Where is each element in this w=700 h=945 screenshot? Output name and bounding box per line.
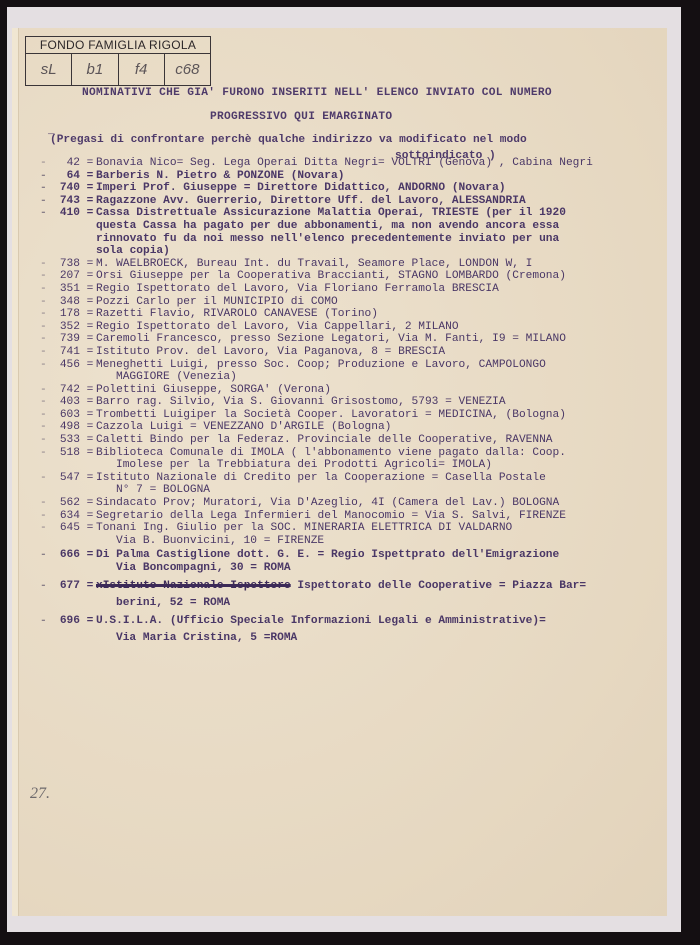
check-mark-icon: ‐ bbox=[40, 157, 48, 170]
list-item: ‐348=Pozzi Carlo per il MUNICIPIO di COM… bbox=[40, 296, 670, 309]
check-mark-icon: ‐ bbox=[40, 409, 48, 422]
list-item: ‐178=Razetti Flavio, RIVAROLO CANAVESE (… bbox=[40, 308, 670, 321]
entry-number: 352 bbox=[48, 321, 84, 334]
entry-text: Meneghetti Luigi, presso Soc. Coop; Prod… bbox=[96, 359, 670, 372]
separator: = bbox=[84, 396, 96, 409]
spacer bbox=[84, 484, 96, 497]
stamp-cell-fascicolo: f4 bbox=[119, 54, 165, 85]
list-item: ‐677=xIstituto Nazionale Ispettore Ispet… bbox=[40, 580, 670, 593]
entry-number: 410 bbox=[48, 207, 84, 220]
heading-line-2: PROGRESSIVO QUI EMARGINATO bbox=[210, 111, 392, 124]
separator: = bbox=[84, 333, 96, 346]
entry-number: 403 bbox=[48, 396, 84, 409]
spacer bbox=[48, 371, 84, 384]
check-mark-icon: ‐ bbox=[40, 510, 48, 523]
entry-number: 603 bbox=[48, 409, 84, 422]
entry-text: Istituto Prov. del Lavoro, Via Paganova,… bbox=[96, 346, 670, 359]
list-item: ‐533=Caletti Bindo per la Federaz. Provi… bbox=[40, 434, 670, 447]
separator: = bbox=[84, 157, 96, 170]
entry-text: Sindacato Prov; Muratori, Via D'Azeglio,… bbox=[96, 497, 670, 510]
separator: = bbox=[84, 421, 96, 434]
list-item-continuation: Via B. Buonvicini, 10 = FIRENZE bbox=[40, 535, 670, 548]
entry-number: 64 bbox=[48, 170, 84, 183]
check-mark-icon: ‐ bbox=[40, 549, 48, 562]
entry-number: 547 bbox=[48, 472, 84, 485]
entry-number: 666 bbox=[48, 549, 84, 562]
list-item-continuation: Via Boncompagni, 30 = ROMA bbox=[40, 562, 670, 575]
check-mark-icon: ‐ bbox=[40, 296, 48, 309]
entry-text: Imperi Prof. Giuseppe = Direttore Didatt… bbox=[96, 182, 670, 195]
stamp-cell-series: sL bbox=[26, 54, 72, 85]
struck-through-text: xIstituto Nazionale Ispettore bbox=[96, 580, 291, 592]
separator: = bbox=[84, 270, 96, 283]
list-item: ‐603=Trombetti Luigiper la Società Coope… bbox=[40, 409, 670, 422]
check-mark-icon: ‐ bbox=[40, 207, 48, 220]
entry-number: 634 bbox=[48, 510, 84, 523]
check-mark-icon: ‐ bbox=[40, 580, 48, 593]
separator: = bbox=[84, 472, 96, 485]
list-item: ‐352=Regio Ispettorato del Lavoro, Via C… bbox=[40, 321, 670, 334]
separator: = bbox=[84, 283, 96, 296]
separator: = bbox=[84, 497, 96, 510]
check-mark-icon: ‐ bbox=[40, 258, 48, 271]
list-item: ‐403=Barro rag. Silvio, Via S. Giovanni … bbox=[40, 396, 670, 409]
spacer bbox=[48, 484, 84, 497]
spacer bbox=[48, 597, 84, 610]
entry-text: Barberis N. Pietro & PONZONE (Novara) bbox=[96, 170, 670, 183]
spacer bbox=[48, 233, 84, 246]
spacer bbox=[40, 371, 48, 384]
entry-number: 533 bbox=[48, 434, 84, 447]
stamp-title: FONDO FAMIGLIA RIGOLA bbox=[26, 37, 210, 54]
entry-text: Pozzi Carlo per il MUNICIPIO di COMO bbox=[96, 296, 670, 309]
spacer bbox=[40, 535, 48, 548]
entry-text: sola copia) bbox=[96, 245, 670, 258]
entry-text: Via Boncompagni, 30 = ROMA bbox=[96, 562, 670, 575]
entry-list: ‐42=Bonavia Nico= Seg. Lega Operai Ditta… bbox=[40, 157, 670, 645]
check-mark-icon: ‐ bbox=[40, 346, 48, 359]
spacer bbox=[84, 597, 96, 610]
list-item: ‐696=U.S.I.L.A. (Ufficio Speciale Inform… bbox=[40, 615, 670, 628]
separator: = bbox=[84, 434, 96, 447]
check-mark-icon: ‐ bbox=[40, 283, 48, 296]
entry-number: 518 bbox=[48, 447, 84, 460]
list-item: ‐456=Meneghetti Luigi, presso Soc. Coop;… bbox=[40, 359, 670, 372]
list-item: ‐207=Orsi Giuseppe per la Cooperativa Br… bbox=[40, 270, 670, 283]
entry-text: Trombetti Luigiper la Società Cooper. La… bbox=[96, 409, 670, 422]
list-item: ‐634=Segretario della Lega Infermieri de… bbox=[40, 510, 670, 523]
check-mark-icon: ‐ bbox=[40, 321, 48, 334]
check-mark-icon: ‐ bbox=[40, 384, 48, 397]
entry-text: MAGGIORE (Venezia) bbox=[96, 371, 670, 384]
entry-text: Biblioteca Comunale di IMOLA ( l'abbonam… bbox=[96, 447, 670, 460]
check-mark-icon: ‐ bbox=[40, 447, 48, 460]
entry-text: Via B. Buonvicini, 10 = FIRENZE bbox=[96, 535, 670, 548]
note-line-1: (Pregasi di confrontare perchè qualche i… bbox=[50, 134, 527, 147]
check-mark-icon: ‐ bbox=[40, 270, 48, 283]
check-mark-icon: ‐ bbox=[40, 195, 48, 208]
entry-text-remainder: Ispettorato delle Cooperative = Piazza B… bbox=[297, 580, 586, 592]
spacer bbox=[40, 562, 48, 575]
spacer bbox=[48, 632, 84, 645]
list-item: ‐410=Cassa Distrettuale Assicurazione Ma… bbox=[40, 207, 670, 220]
spacer bbox=[84, 245, 96, 258]
entry-text: Di Palma Castiglione dott. G. E. = Regio… bbox=[96, 549, 670, 562]
entry-text: Imolese per la Trebbiatura dei Prodotti … bbox=[96, 459, 670, 472]
entry-text: Orsi Giuseppe per la Cooperativa Braccia… bbox=[96, 270, 670, 283]
separator: = bbox=[84, 359, 96, 372]
list-item: ‐743=Ragazzone Avv. Guerrerio, Direttore… bbox=[40, 195, 670, 208]
list-item: ‐498=Cazzola Luigi = VENEZZANO D'ARGILE … bbox=[40, 421, 670, 434]
entry-number: 42 bbox=[48, 157, 84, 170]
entry-text: M. WAELBROECK, Bureau Int. du Travail, S… bbox=[96, 258, 670, 271]
list-item: ‐518=Biblioteca Comunale di IMOLA ( l'ab… bbox=[40, 447, 670, 460]
entry-number: 562 bbox=[48, 497, 84, 510]
entry-number: 739 bbox=[48, 333, 84, 346]
entry-text: Caletti Bindo per la Federaz. Provincial… bbox=[96, 434, 670, 447]
list-item-continuation: sola copia) bbox=[40, 245, 670, 258]
list-item: ‐547=Istituto Nazionale di Credito per l… bbox=[40, 472, 670, 485]
entry-number: 696 bbox=[48, 615, 84, 628]
spacer bbox=[48, 535, 84, 548]
spacer bbox=[40, 220, 48, 233]
separator: = bbox=[84, 296, 96, 309]
stamp-cell-busta: b1 bbox=[72, 54, 118, 85]
stamp-cells: sL b1 f4 c68 bbox=[26, 54, 210, 85]
separator: = bbox=[84, 615, 96, 628]
separator: = bbox=[84, 409, 96, 422]
check-mark-icon: ‐ bbox=[40, 396, 48, 409]
check-mark-icon: ‐ bbox=[40, 359, 48, 372]
list-item: ‐739=Caremoli Francesco, presso Sezione … bbox=[40, 333, 670, 346]
spacer bbox=[40, 484, 48, 497]
entry-number: 743 bbox=[48, 195, 84, 208]
spacer bbox=[84, 371, 96, 384]
spacer bbox=[84, 632, 96, 645]
list-item: ‐740=Imperi Prof. Giuseppe = Direttore D… bbox=[40, 182, 670, 195]
entry-number: 738 bbox=[48, 258, 84, 271]
entry-number: 178 bbox=[48, 308, 84, 321]
list-item: ‐741=Istituto Prov. del Lavoro, Via Paga… bbox=[40, 346, 670, 359]
list-item-continuation: MAGGIORE (Venezia) bbox=[40, 371, 670, 384]
entry-text: Bonavia Nico= Seg. Lega Operai Ditta Neg… bbox=[96, 157, 670, 170]
list-item-continuation: rinnovato fu da noi messo nell'elenco pr… bbox=[40, 233, 670, 246]
separator: = bbox=[84, 170, 96, 183]
entry-number: 498 bbox=[48, 421, 84, 434]
entry-text: Barro rag. Silvio, Via S. Giovanni Griso… bbox=[96, 396, 670, 409]
spacer bbox=[40, 597, 48, 610]
spacer bbox=[40, 245, 48, 258]
check-mark-icon: ‐ bbox=[40, 434, 48, 447]
archive-stamp: FONDO FAMIGLIA RIGOLA sL b1 f4 c68 bbox=[25, 36, 211, 86]
entry-text: Polettini Giuseppe, SORGA' (Verona) bbox=[96, 384, 670, 397]
entry-text: Razetti Flavio, RIVAROLO CANAVESE (Torin… bbox=[96, 308, 670, 321]
spacer bbox=[48, 459, 84, 472]
check-mark-icon: ‐ bbox=[40, 170, 48, 183]
list-item: ‐562=Sindacato Prov; Muratori, Via D'Aze… bbox=[40, 497, 670, 510]
separator: = bbox=[84, 510, 96, 523]
spacer bbox=[40, 233, 48, 246]
entry-text: Istituto Nazionale di Credito per la Coo… bbox=[96, 472, 670, 485]
list-item-continuation: Via Maria Cristina, 5 =ROMA bbox=[40, 632, 670, 645]
entry-number: 645 bbox=[48, 522, 84, 535]
check-mark-icon: ‐ bbox=[40, 615, 48, 628]
spacer bbox=[48, 220, 84, 233]
entry-text: Tonani Ing. Giulio per la SOC. MINERARIA… bbox=[96, 522, 670, 535]
separator: = bbox=[84, 207, 96, 220]
separator: = bbox=[84, 522, 96, 535]
entry-text: Regio Ispettorato del Lavoro, Via Floria… bbox=[96, 283, 670, 296]
check-mark-icon: ‐ bbox=[40, 182, 48, 195]
entry-text: berini, 52 = ROMA bbox=[96, 597, 670, 610]
separator: = bbox=[84, 321, 96, 334]
entry-text: rinnovato fu da noi messo nell'elenco pr… bbox=[96, 233, 670, 246]
separator: = bbox=[84, 258, 96, 271]
list-item-continuation: Imolese per la Trebbiatura dei Prodotti … bbox=[40, 459, 670, 472]
list-item-continuation: berini, 52 = ROMA bbox=[40, 597, 670, 610]
spacer bbox=[84, 562, 96, 575]
entry-text: xIstituto Nazionale Ispettore Ispettorat… bbox=[96, 580, 670, 593]
spacer bbox=[48, 562, 84, 575]
entry-text: N° 7 = BOLOGNA bbox=[96, 484, 670, 497]
separator: = bbox=[84, 182, 96, 195]
entry-text: Ragazzone Avv. Guerrerio, Direttore Uff.… bbox=[96, 195, 670, 208]
separator: = bbox=[84, 549, 96, 562]
entry-text: Via Maria Cristina, 5 =ROMA bbox=[96, 632, 670, 645]
check-mark-icon: ‐ bbox=[40, 522, 48, 535]
spacer bbox=[40, 632, 48, 645]
list-item: ‐742=Polettini Giuseppe, SORGA' (Verona) bbox=[40, 384, 670, 397]
list-item: ‐42=Bonavia Nico= Seg. Lega Operai Ditta… bbox=[40, 157, 670, 170]
entry-number: 742 bbox=[48, 384, 84, 397]
stamp-cell-carta: c68 bbox=[165, 54, 210, 85]
list-item: ‐351=Regio Ispettorato del Lavoro, Via F… bbox=[40, 283, 670, 296]
check-mark-icon: ‐ bbox=[40, 333, 48, 346]
entry-number: 677 bbox=[48, 580, 84, 593]
entry-text: questa Cassa ha pagato per due abbonamen… bbox=[96, 220, 670, 233]
separator: = bbox=[84, 384, 96, 397]
separator: = bbox=[84, 308, 96, 321]
separator: = bbox=[84, 195, 96, 208]
handwritten-page-number: 27. bbox=[30, 785, 50, 803]
spacer bbox=[84, 459, 96, 472]
entry-text: Caremoli Francesco, presso Sezione Legat… bbox=[96, 333, 670, 346]
separator: = bbox=[84, 580, 96, 593]
list-item: ‐666=Di Palma Castiglione dott. G. E. = … bbox=[40, 549, 670, 562]
spacer bbox=[84, 233, 96, 246]
separator: = bbox=[84, 447, 96, 460]
spacer bbox=[84, 220, 96, 233]
check-mark-icon: ‐ bbox=[40, 421, 48, 434]
list-item: ‐738=M. WAELBROECK, Bureau Int. du Trava… bbox=[40, 258, 670, 271]
entry-text: Segretario della Lega Infermieri del Man… bbox=[96, 510, 670, 523]
entry-number: 351 bbox=[48, 283, 84, 296]
list-item-continuation: questa Cassa ha pagato per due abbonamen… bbox=[40, 220, 670, 233]
entry-number: 456 bbox=[48, 359, 84, 372]
check-mark-icon: ‐ bbox=[40, 497, 48, 510]
entry-text: Regio Ispettorato del Lavoro, Via Cappel… bbox=[96, 321, 670, 334]
entry-text: Cassa Distrettuale Assicurazione Malatti… bbox=[96, 207, 670, 220]
heading-line-1: NOMINATIVI CHE GIA' FURONO INSERITI NELL… bbox=[82, 87, 552, 100]
list-item: ‐64=Barberis N. Pietro & PONZONE (Novara… bbox=[40, 170, 670, 183]
spacer bbox=[40, 459, 48, 472]
entry-number: 741 bbox=[48, 346, 84, 359]
spacer bbox=[84, 535, 96, 548]
entry-number: 348 bbox=[48, 296, 84, 309]
list-item-continuation: N° 7 = BOLOGNA bbox=[40, 484, 670, 497]
page-edge bbox=[12, 28, 19, 916]
entry-number: 740 bbox=[48, 182, 84, 195]
entry-text: U.S.I.L.A. (Ufficio Speciale Informazion… bbox=[96, 615, 670, 628]
separator: = bbox=[84, 346, 96, 359]
entry-text: Cazzola Luigi = VENEZZANO D'ARGILE (Bolo… bbox=[96, 421, 670, 434]
spacer bbox=[48, 245, 84, 258]
entry-number: 207 bbox=[48, 270, 84, 283]
check-mark-icon: ‐ bbox=[40, 308, 48, 321]
check-mark-icon: ‐ bbox=[40, 472, 48, 485]
list-item: ‐645=Tonani Ing. Giulio per la SOC. MINE… bbox=[40, 522, 670, 535]
